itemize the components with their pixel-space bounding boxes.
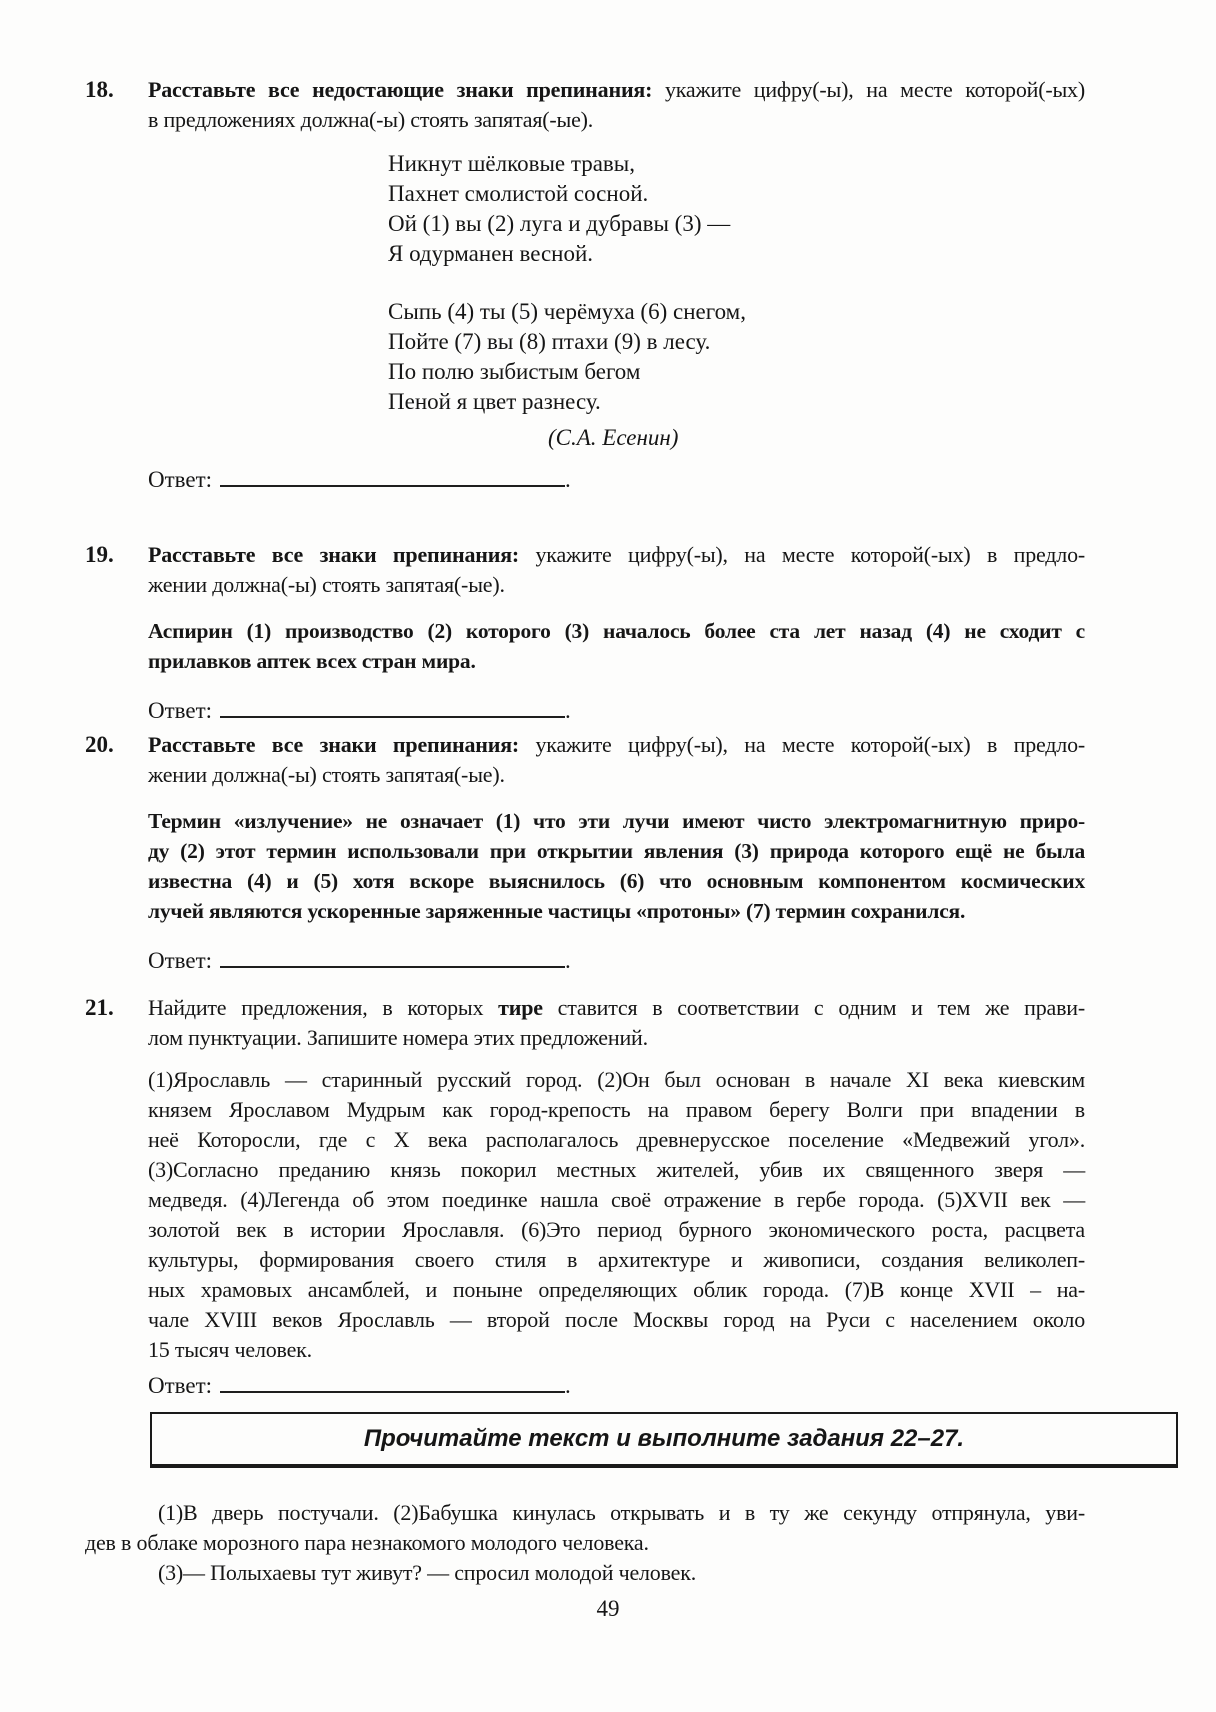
text-line: культуры, формирования своего стиля в ар…	[148, 1245, 1085, 1275]
sentence-line: прилавков аптек всех стран мира.	[148, 646, 1085, 676]
task-21-instruction-line-1: Найдите предложения, в которых тире став…	[148, 993, 1085, 1023]
text-line: (1)Ярославль — старинный русский город. …	[148, 1065, 1085, 1095]
reading-passage: (1)В дверь постучали. (2)Бабушка кинулас…	[85, 1498, 1085, 1588]
sentence-line: известна (4) и (5) хотя вскоре выяснилос…	[148, 866, 1085, 896]
poem-line: Пойте (7) вы (8) птахи (9) в лесу.	[388, 327, 1085, 357]
reading-instruction-banner: Прочитайте текст и выполните задания 22–…	[150, 1412, 1178, 1468]
answer-label: Ответ:	[148, 1373, 212, 1398]
task-20-sentence: Термин «излучение» не означает (1) что э…	[148, 806, 1085, 926]
answer-period: .	[565, 1373, 571, 1398]
sentence-line: лучей являются ускоренные заряженные час…	[148, 896, 1085, 926]
answer-label: Ответ:	[148, 467, 212, 492]
text-line: 15 тысяч человек.	[148, 1335, 1085, 1365]
task-19-instruction-line-1: Расставьте все знаки препинания: укажите…	[148, 540, 1085, 570]
task-20: 20. Расставьте все знаки препинания: ука…	[85, 730, 1095, 976]
page-number: 49	[0, 1594, 1216, 1624]
task-20-instruction-line-1: Расставьте все знаки препинания: укажите…	[148, 730, 1085, 760]
task-21: 21. Найдите предложения, в которых тире …	[85, 993, 1095, 1401]
poem-line: Я одурманен весной.	[388, 239, 1085, 269]
poem-line: Сыпь (4) ты (5) черёмуха (6) снегом,	[388, 297, 1085, 327]
sentence-line: ду (2) этот термин использовали при откр…	[148, 836, 1085, 866]
task-20-instruction-line-2: жении должна(-ы) стоять запятая(-ые).	[148, 760, 1085, 790]
text-line: князем Ярославом Мудрым как город-крепос…	[148, 1095, 1085, 1125]
answer-blank	[220, 696, 565, 718]
task-20-number: 20.	[85, 730, 148, 976]
task-19: 19. Расставьте все знаки препинания: ука…	[85, 540, 1095, 726]
answer-blank	[220, 946, 565, 968]
poem-line: Никнут шёлковые травы,	[388, 149, 1085, 179]
sentence-line: Аспирин (1) производство (2) которого (3…	[148, 616, 1085, 646]
poem-line: Ой (1) вы (2) луга и дубравы (3) —	[388, 209, 1085, 239]
answer-label: Ответ:	[148, 698, 212, 723]
task-18-number: 18.	[85, 75, 148, 495]
poem-line: Пахнет смолистой сосной.	[388, 179, 1085, 209]
scanned-exam-page: 18. Расставьте все недостающие знаки пре…	[0, 0, 1216, 1712]
task-21-text: (1)Ярославль — старинный русский город. …	[148, 1065, 1085, 1365]
answer-period: .	[565, 698, 571, 723]
task-18: 18. Расставьте все недостающие знаки пре…	[85, 75, 1095, 495]
task-19-number: 19.	[85, 540, 148, 726]
sentence-line: Термин «излучение» не означает (1) что э…	[148, 806, 1085, 836]
answer-period: .	[565, 467, 571, 492]
poem-line: По полю зыбистым бегом	[388, 357, 1085, 387]
text-line: ных храмовых ансамблей, и поныне определ…	[148, 1275, 1085, 1305]
passage-line: (3)— Полыхаевы тут живут? — спросил моло…	[85, 1558, 1085, 1588]
poem-line: Пеной я цвет разнесу.	[388, 387, 1085, 417]
text-line: неё Которосли, где с X века располагалос…	[148, 1125, 1085, 1155]
task-19-sentence: Аспирин (1) производство (2) которого (3…	[148, 616, 1085, 676]
task-19-instruction-line-2: жении должна(-ы) стоять запятая(-ые).	[148, 570, 1085, 600]
passage-line: дев в облаке морозного пара незнакомого …	[85, 1528, 1085, 1558]
answer-blank	[220, 465, 565, 487]
task-21-number: 21.	[85, 993, 148, 1401]
poem: Никнут шёлковые травы, Пахнет смолистой …	[388, 149, 1085, 453]
answer-line-21: Ответ:.	[148, 1371, 1085, 1401]
task-18-instruction-line-1: Расставьте все недостающие знаки препина…	[148, 75, 1085, 105]
stanza-gap	[388, 269, 1085, 297]
answer-line-19: Ответ:.	[148, 696, 1085, 726]
passage-line: (1)В дверь постучали. (2)Бабушка кинулас…	[85, 1498, 1085, 1528]
answer-blank	[220, 1371, 565, 1393]
text-line: (3)Согласно преданию князь покорил местн…	[148, 1155, 1085, 1185]
answer-period: .	[565, 948, 571, 973]
answer-line-18: Ответ:.	[148, 465, 1085, 495]
text-line: чале XVIII веков Ярославль — второй посл…	[148, 1305, 1085, 1335]
text-line: медведя. (4)Легенда об этом поединке наш…	[148, 1185, 1085, 1215]
poem-attribution: (С.А. Есенин)	[548, 423, 1085, 453]
text-line: золотой век в истории Ярославля. (6)Это …	[148, 1215, 1085, 1245]
answer-line-20: Ответ:.	[148, 946, 1085, 976]
answer-label: Ответ:	[148, 948, 212, 973]
task-21-instruction-line-2: лом пунктуации. Запишите номера этих пре…	[148, 1023, 1085, 1053]
task-18-instruction-line-2: в предложениях должна(-ы) стоять запятая…	[148, 105, 1085, 135]
